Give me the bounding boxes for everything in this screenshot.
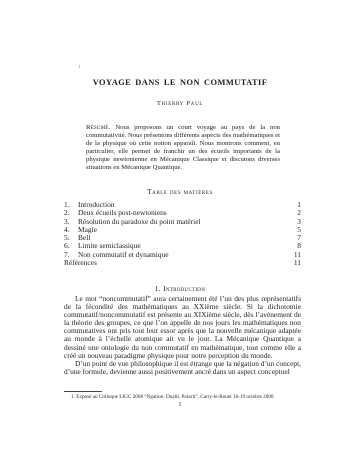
section-title: Introduction <box>163 284 205 293</box>
toc-entry-label: Résolution du paradoxe du point matériel <box>78 218 297 226</box>
paragraph: D’un point de vue philosophique il est é… <box>64 360 301 376</box>
footnote-rule <box>64 391 102 392</box>
abstract-text: Nous proposons un court voyage au pays d… <box>86 124 280 171</box>
paragraph: Le mot “noncommutatif” aura certainement… <box>64 295 301 360</box>
paper-page: 1 VOYAGE DANS LE NON COMMUTATIF Thierry … <box>0 0 360 466</box>
introduction-body: Le mot “noncommutatif” aura certainement… <box>64 295 301 376</box>
section-heading: 1. Introduction <box>0 284 360 293</box>
paper-author: Thierry Paul <box>0 100 360 107</box>
toc-heading: Table des matières <box>0 188 360 196</box>
footnote: 1. Exposé au Colloque LIGC 2008 “Ngation… <box>64 394 301 400</box>
toc-entry-label: Magie <box>78 226 297 234</box>
abstract-label: Résumé. <box>86 124 110 131</box>
paper-title: VOYAGE DANS LE NON COMMUTATIF <box>0 78 360 87</box>
abstract: Résumé. Nous proposons un court voyage a… <box>86 124 280 171</box>
toc-entry-page: 11 <box>294 259 301 267</box>
footnote-marker: 1. <box>71 394 75 400</box>
toc-entry-label: Non commutatif et dynamique <box>78 251 294 259</box>
margin-footnote-marker: 1 <box>78 65 81 70</box>
page-number: 1 <box>0 402 360 408</box>
toc-entry: 4. Magie 5 <box>64 226 301 234</box>
footnote-text: Exposé au Colloque LIGC 2008 “Ngation, D… <box>76 394 273 400</box>
toc-entry: 7. Non commutatif et dynamique 11 <box>64 251 301 259</box>
section-number: 1. <box>155 284 161 293</box>
table-of-contents: 1. Introduction 1 2. Deux écueils post-n… <box>64 201 301 267</box>
toc-entry: 3. Résolution du paradoxe du point matér… <box>64 218 301 226</box>
toc-entry: Références 11 <box>64 259 301 267</box>
toc-entry-label: Références <box>64 259 294 267</box>
